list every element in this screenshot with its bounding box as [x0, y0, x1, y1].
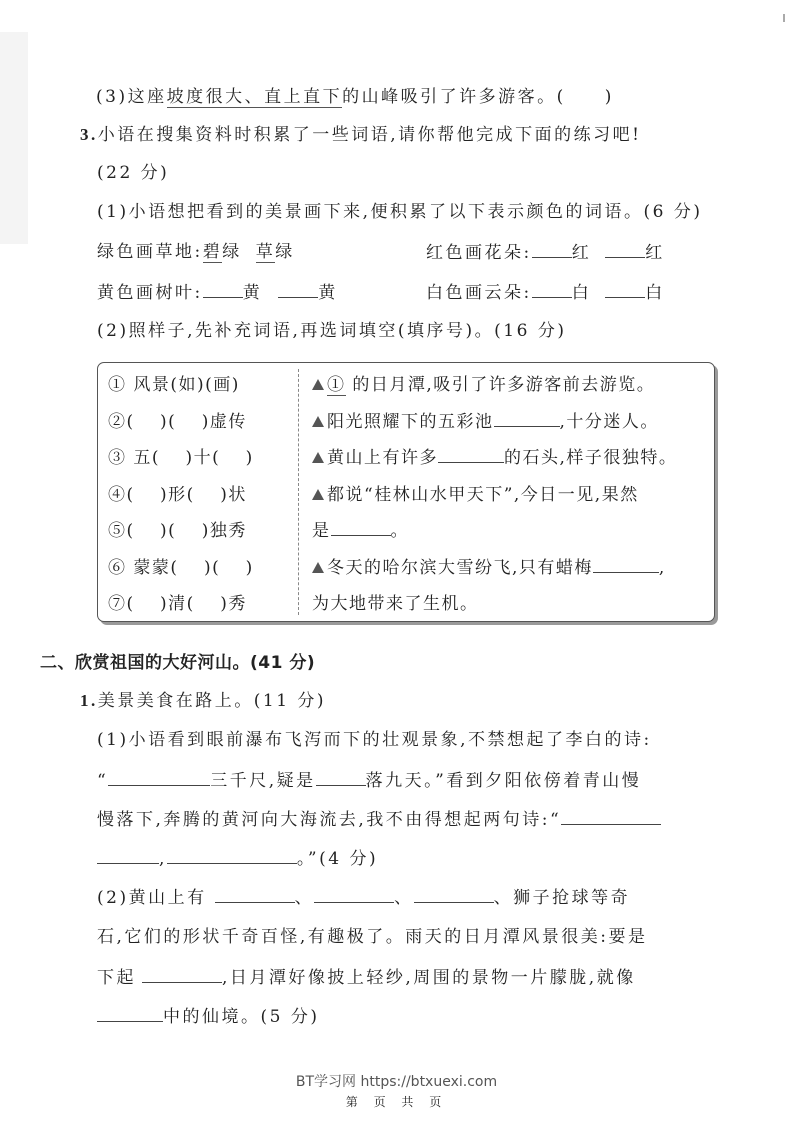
yellow-row: 黄色画树叶:黄黄: [97, 281, 338, 304]
fill-blank[interactable]: [561, 808, 661, 825]
fill-blank[interactable]: [331, 519, 391, 536]
part-1-line-4: ,。”(4 分): [97, 847, 378, 870]
question-number: 1.: [80, 691, 98, 710]
word-item: ⑤( )( )独秀: [108, 517, 294, 554]
sentence-line: 都说“桂林山水甲天下”,今日一见,果然: [312, 481, 712, 518]
question-text: 慢落下,奔腾的黄河向大海流去,我不由得想起两句诗:“: [97, 810, 561, 830]
quote-open: “: [97, 771, 108, 791]
white-row: 白色画云朵:白白: [426, 281, 665, 304]
scan-edge-shade: [0, 32, 28, 244]
sentence-line: 是。: [312, 517, 712, 554]
suffix: 黄: [318, 283, 338, 303]
green-label: 绿色画草地:: [97, 242, 203, 262]
sentence-list: ① 的日月潭,吸引了许多游客前去游览。 阳光照耀下的五彩池,十分迷人。 黄山上有…: [312, 371, 712, 627]
sentence-text: 冬天的哈尔滨大雪纷飞,只有蜡梅: [327, 558, 593, 578]
item-text-suffix: 的山峰吸引了许多游客。( ): [342, 87, 614, 107]
part-2-line-3: 下起,日月潭好像披上轻纱,周围的景物一片朦胧,就像: [97, 966, 636, 989]
sentence-text: 为大地带来了生机。: [312, 594, 479, 614]
sentence-line: 冬天的哈尔滨大雪纷飞,只有蜡梅,: [312, 554, 712, 591]
fill-blank[interactable]: [97, 847, 159, 864]
triangle-marker-icon: [312, 379, 324, 390]
sentence-text: 是: [312, 521, 331, 541]
question-3-score: (22 分): [97, 162, 169, 184]
red-row: 红色画花朵:红红: [426, 241, 665, 264]
fill-blank[interactable]: [414, 886, 494, 903]
suffix: 黄: [243, 283, 263, 303]
suffix: 红: [645, 243, 665, 263]
fill-blank[interactable]: [532, 241, 572, 258]
underlined-phrase: 坡度很大、直上直下: [167, 87, 343, 108]
fill-blank[interactable]: [108, 769, 210, 786]
sentence-text: ,: [659, 558, 666, 578]
dashed-divider: [298, 369, 299, 615]
triangle-marker-icon: [312, 452, 324, 463]
yellow-label: 黄色画树叶:: [97, 283, 203, 303]
part-2-prompt: (2)照样子,先补充词语,再选词填空(填序号)。(16 分): [97, 320, 566, 342]
word-item: ②( )( )虚传: [108, 408, 294, 445]
sentence-text: 。: [391, 521, 410, 541]
word-item: ⑦( )清( )秀: [108, 590, 294, 627]
fill-blank[interactable]: [593, 556, 659, 573]
suffix: 白: [645, 283, 665, 303]
sentence-line: 阳光照耀下的五彩池,十分迷人。: [312, 408, 712, 445]
question-2-item-3: (3)这座坡度很大、直上直下的山峰吸引了许多游客。( ): [96, 86, 614, 108]
fill-blank[interactable]: [532, 281, 572, 298]
word-rest: 绿: [275, 242, 295, 262]
fill-blank[interactable]: [314, 886, 394, 903]
word-item: ④( )形( )状: [108, 481, 294, 518]
sentence-text: 都说“桂林山水甲天下”,今日一见,果然: [327, 485, 639, 505]
fill-blank[interactable]: [278, 281, 318, 298]
part-1-line-1: (1)小语看到眼前瀑布飞泻而下的壮观景象,不禁想起了李白的诗:: [97, 729, 652, 751]
fill-blank[interactable]: [167, 847, 297, 864]
fill-blank[interactable]: [605, 241, 645, 258]
fill-blank[interactable]: [494, 410, 560, 427]
fill-blank[interactable]: [605, 281, 645, 298]
word-rest: 绿: [222, 242, 242, 262]
part-1-prompt: (1)小语想把看到的美景画下来,便积累了以下表示颜色的词语。(6 分): [97, 201, 702, 223]
fill-blank[interactable]: [97, 1005, 163, 1022]
fill-blank[interactable]: [215, 886, 295, 903]
question-text: 美景美食在路上。(11 分): [98, 691, 326, 711]
sentence-line: ① 的日月潭,吸引了许多游客前去游览。: [312, 371, 712, 408]
punct: ,: [159, 849, 167, 869]
word-item: ① 风景(如)(画): [108, 371, 294, 408]
watermark: BT学习网 https://btxuexi.com: [0, 1071, 793, 1091]
triangle-marker-icon: [312, 489, 324, 500]
part-1-line-3: 慢落下,奔腾的黄河向大海流去,我不由得想起两句诗:“: [97, 808, 661, 831]
question-number: 3.: [80, 125, 98, 144]
question-1-title: 1.美景美食在路上。(11 分): [80, 690, 326, 712]
white-label: 白色画云朵:: [426, 283, 532, 303]
green-row: 绿色画草地:碧绿草绿: [97, 241, 295, 263]
sentence-text: 的日月潭,吸引了许多游客前去游览。: [346, 375, 656, 395]
sentence-line: 为大地带来了生机。: [312, 590, 712, 627]
part-2-line-2: 石,它们的形状千奇百怪,有趣极了。雨天的日月潭风景很美:要是: [97, 926, 648, 948]
red-label: 红色画花朵:: [426, 243, 532, 263]
part-1-line-2: “三千尺,疑是落九天。”看到夕阳依傍着青山慢: [97, 769, 641, 792]
word-list: ① 风景(如)(画) ②( )( )虚传 ③ 五( )十( ) ④( )形( )…: [108, 371, 294, 627]
scan-mark: [783, 14, 785, 22]
fill-blank[interactable]: [438, 446, 504, 463]
question-text: ,日月潭好像披上轻纱,周围的景物一片朦胧,就像: [222, 968, 636, 988]
question-text: 中的仙境。(5 分): [163, 1007, 319, 1027]
sentence-text: 黄山上有许多: [327, 448, 438, 468]
word-choice-box: ① 风景(如)(画) ②( )( )虚传 ③ 五( )十( ) ④( )形( )…: [97, 362, 715, 622]
poem-text: 落九天。”看到夕阳依傍着青山慢: [366, 771, 642, 791]
question-text: 下起: [97, 968, 136, 988]
fill-blank[interactable]: [316, 769, 366, 786]
page-info: 第 页 共 页: [0, 1093, 793, 1110]
answer-char: 碧: [203, 242, 223, 263]
question-text: 。”(4 分): [297, 849, 378, 869]
question-text: 小语在搜集资料时积累了一些词语,请你帮他完成下面的练习吧!: [98, 125, 642, 145]
part-2-line-1: (2)黄山上有、、、狮子抢球等奇: [97, 886, 630, 909]
section-title: 二、欣赏祖国的大好河山。(41 分): [40, 652, 315, 674]
question-text: (2)黄山上有: [97, 888, 207, 908]
example-answer: ①: [327, 375, 346, 396]
sentence-text: 阳光照耀下的五彩池: [327, 412, 494, 432]
word-item: ③ 五( )十( ): [108, 444, 294, 481]
suffix: 红: [572, 243, 592, 263]
fill-blank[interactable]: [203, 281, 243, 298]
sentence-line: 黄山上有许多的石头,样子很独特。: [312, 444, 712, 481]
triangle-marker-icon: [312, 416, 324, 427]
question-3-title: 3.小语在搜集资料时积累了一些词语,请你帮他完成下面的练习吧!: [80, 124, 641, 146]
punct: 、: [394, 888, 414, 908]
poem-text: 三千尺,疑是: [210, 771, 315, 791]
answer-char: 草: [256, 242, 276, 263]
fill-blank[interactable]: [142, 966, 222, 983]
suffix: 白: [572, 283, 592, 303]
sentence-text: 的石头,样子很独特。: [504, 448, 677, 468]
triangle-marker-icon: [312, 562, 324, 573]
punct: 、: [295, 888, 315, 908]
item-text: (3)这座: [96, 87, 167, 107]
word-item: ⑥ 蒙蒙( )( ): [108, 554, 294, 591]
question-text: 、狮子抢球等奇: [494, 888, 631, 908]
part-2-line-4: 中的仙境。(5 分): [97, 1005, 319, 1028]
sentence-text: ,十分迷人。: [560, 412, 659, 432]
